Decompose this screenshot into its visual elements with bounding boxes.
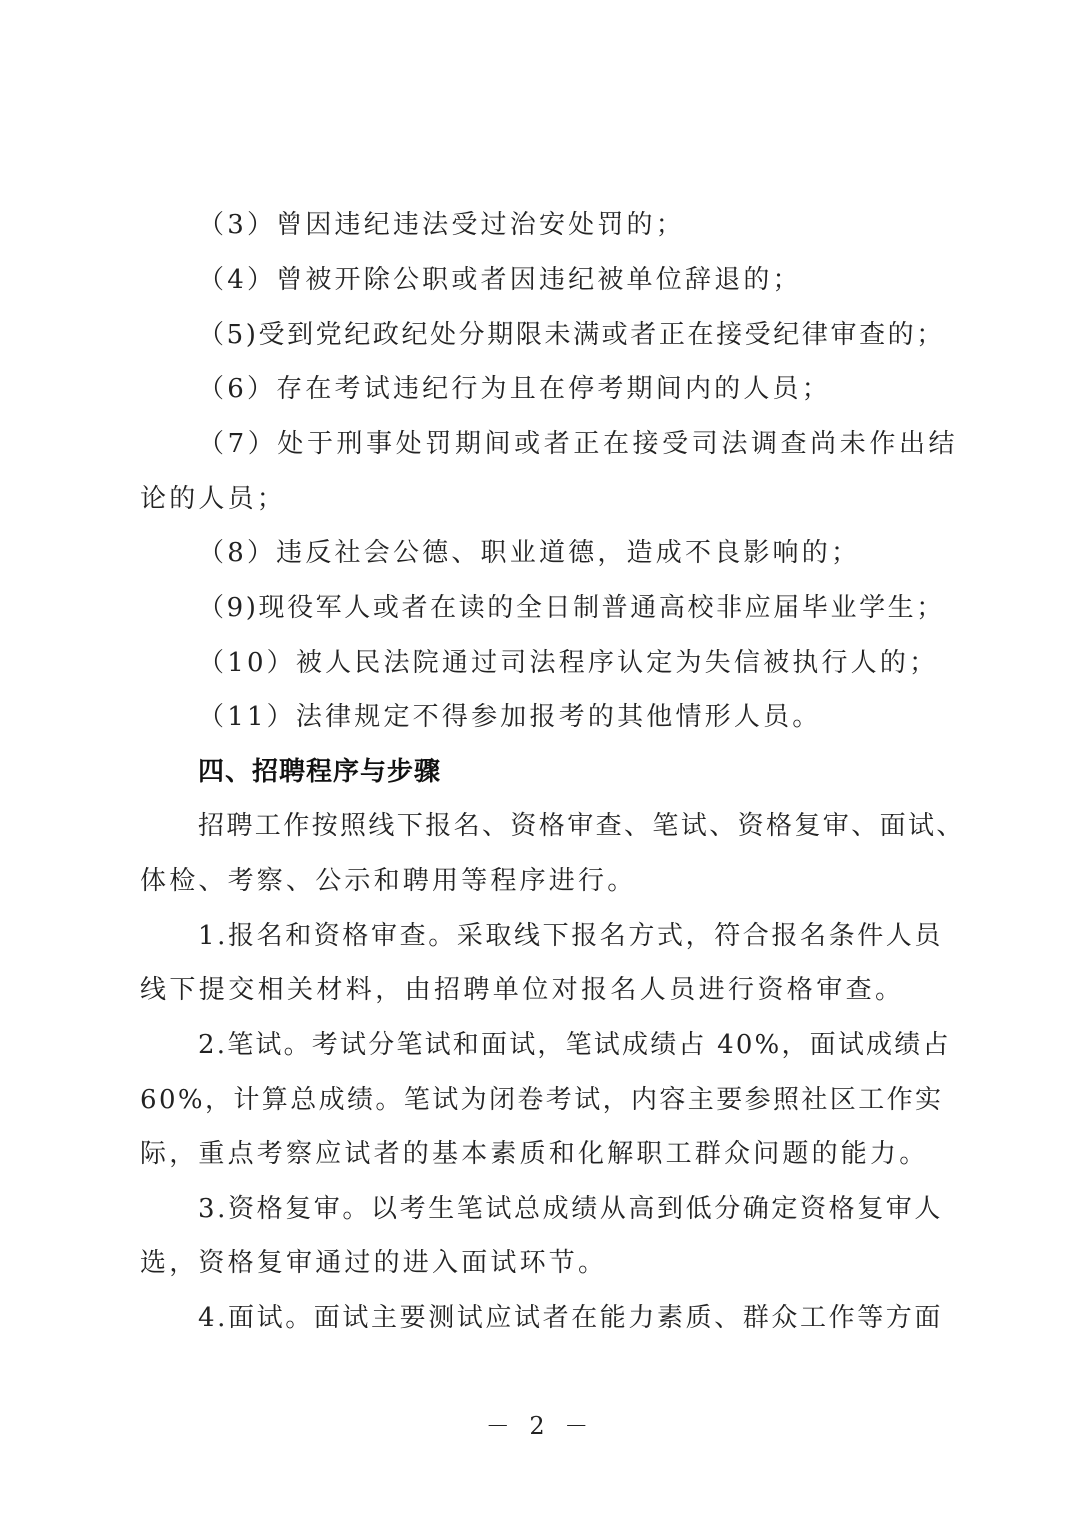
list-item-10: （10）被人民法院通过司法程序认定为失信被执行人的；: [198, 645, 998, 681]
step-3-continued: 选，资格复审通过的进入面试环节。: [140, 1245, 940, 1281]
list-item-11: （11）法律规定不得参加报考的其他情形人员。: [198, 699, 998, 735]
step-4: 4.面试。面试主要测试应试者在能力素质、群众工作等方面: [198, 1300, 998, 1336]
step-2-continued: 60%，计算总成绩。笔试为闭卷考试，内容主要参照社区工作实: [140, 1082, 940, 1118]
paragraph-intro-continued: 体检、考察、公示和聘用等程序进行。: [140, 863, 940, 899]
section-heading: 四、招聘程序与步骤: [198, 754, 998, 790]
list-item-5: （5)受到党纪政纪处分期限未满或者正在接受纪律审查的；: [198, 317, 998, 353]
list-item-3: （3）曾因违纪违法受过治安处罚的；: [198, 207, 998, 243]
document-page: （3）曾因违纪违法受过治安处罚的； （4）曾被开除公职或者因违纪被单位辞退的； …: [0, 0, 1080, 1529]
paragraph-intro: 招聘工作按照线下报名、资格审查、笔试、资格复审、面试、: [198, 808, 998, 844]
list-item-7-continued: 论的人员；: [140, 481, 940, 517]
list-item-7: （7）处于刑事处罚期间或者正在接受司法调查尚未作出结: [198, 426, 998, 462]
step-3: 3.资格复审。以考生笔试总成绩从高到低分确定资格复审人: [198, 1191, 998, 1227]
list-item-9: （9)现役军人或者在读的全日制普通高校非应届毕业学生；: [198, 590, 998, 626]
page-number: － 2 －: [0, 1406, 1080, 1441]
step-1: 1.报名和资格审查。采取线下报名方式，符合报名条件人员: [198, 918, 998, 954]
step-2-continued-2: 际，重点考察应试者的基本素质和化解职工群众问题的能力。: [140, 1136, 940, 1172]
step-2: 2.笔试。考试分笔试和面试，笔试成绩占 40%，面试成绩占: [198, 1027, 998, 1063]
step-1-continued: 线下提交相关材料，由招聘单位对报名人员进行资格审查。: [140, 972, 940, 1008]
list-item-6: （6）存在考试违纪行为且在停考期间内的人员；: [198, 371, 998, 407]
list-item-8: （8）违反社会公德、职业道德，造成不良影响的；: [198, 535, 998, 571]
list-item-4: （4）曾被开除公职或者因违纪被单位辞退的；: [198, 262, 998, 298]
